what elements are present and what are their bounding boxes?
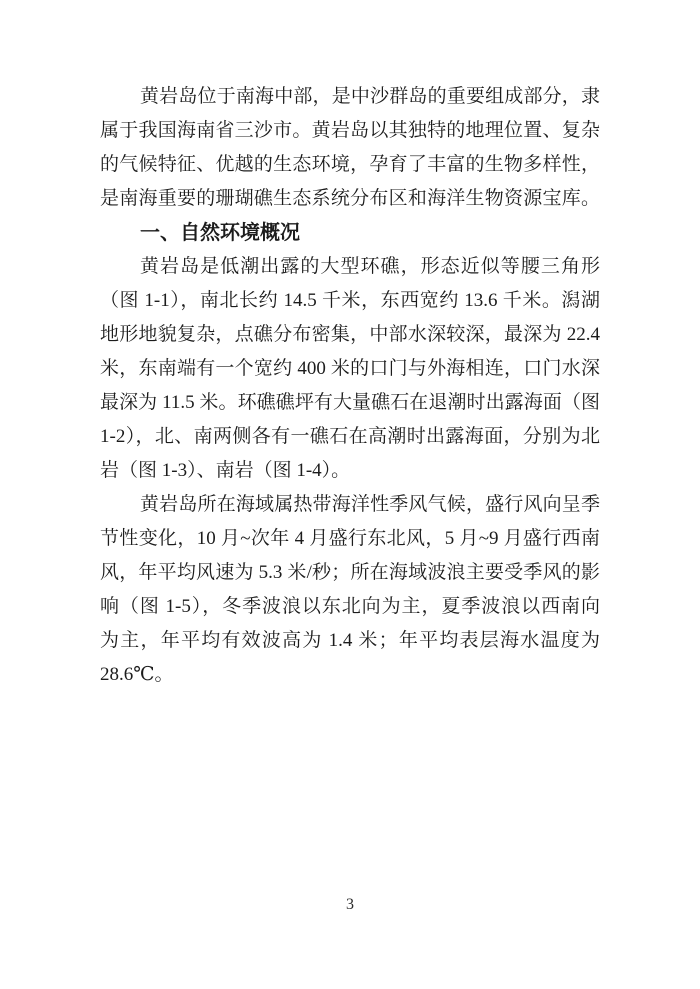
text-line: 岩（图 1-3）、南岩（图 1-4）。 <box>100 454 600 488</box>
text-line: 28.6℃。 <box>100 658 600 692</box>
document-page: 黄岩岛位于南海中部，是中沙群岛的重要组成部分，隶 属于我国海南省三沙市。黄岩岛以… <box>0 0 700 989</box>
text-line: 属于我国海南省三沙市。黄岩岛以其独特的地理位置、复杂 <box>100 114 600 148</box>
paragraph-geography: 黄岩岛是低潮出露的大型环礁，形态近似等腰三角形 （图 1-1），南北长约 14.… <box>100 250 600 488</box>
section-heading: 一、自然环境概况 <box>100 216 600 250</box>
text-line: 地形地貌复杂，点礁分布密集，中部水深较深，最深为 22.4 <box>100 318 600 352</box>
paragraph-intro: 黄岩岛位于南海中部，是中沙群岛的重要组成部分，隶 属于我国海南省三沙市。黄岩岛以… <box>100 80 600 216</box>
paragraph-climate: 黄岩岛所在海域属热带海洋性季风气候，盛行风向呈季 节性变化，10 月~次年 4 … <box>100 488 600 692</box>
page-number: 3 <box>0 893 700 917</box>
text-line: 节性变化，10 月~次年 4 月盛行东北风，5 月~9 月盛行西南 <box>100 522 600 556</box>
document-body: 黄岩岛位于南海中部，是中沙群岛的重要组成部分，隶 属于我国海南省三沙市。黄岩岛以… <box>100 80 600 692</box>
text-line: 为主，年平均有效波高为 1.4 米；年平均表层海水温度为 <box>100 624 600 658</box>
text-line: 风，年平均风速为 5.3 米/秒；所在海域波浪主要受季风的影 <box>100 556 600 590</box>
text-line: （图 1-1），南北长约 14.5 千米，东西宽约 13.6 千米。潟湖 <box>100 284 600 318</box>
text-line: 1-2），北、南两侧各有一礁石在高潮时出露海面，分别为北 <box>100 420 600 454</box>
text-line: 黄岩岛所在海域属热带海洋性季风气候，盛行风向呈季 <box>100 488 600 522</box>
text-line: 米，东南端有一个宽约 400 米的口门与外海相连，口门水深 <box>100 352 600 386</box>
text-line: 是南海重要的珊瑚礁生态系统分布区和海洋生物资源宝库。 <box>100 182 600 216</box>
text-line: 黄岩岛位于南海中部，是中沙群岛的重要组成部分，隶 <box>100 80 600 114</box>
text-line: 响（图 1-5），冬季波浪以东北向为主，夏季波浪以西南向 <box>100 590 600 624</box>
text-line: 的气候特征、优越的生态环境，孕育了丰富的生物多样性， <box>100 148 600 182</box>
text-line: 黄岩岛是低潮出露的大型环礁，形态近似等腰三角形 <box>100 250 600 284</box>
text-line: 最深为 11.5 米。环礁礁坪有大量礁石在退潮时出露海面（图 <box>100 386 600 420</box>
